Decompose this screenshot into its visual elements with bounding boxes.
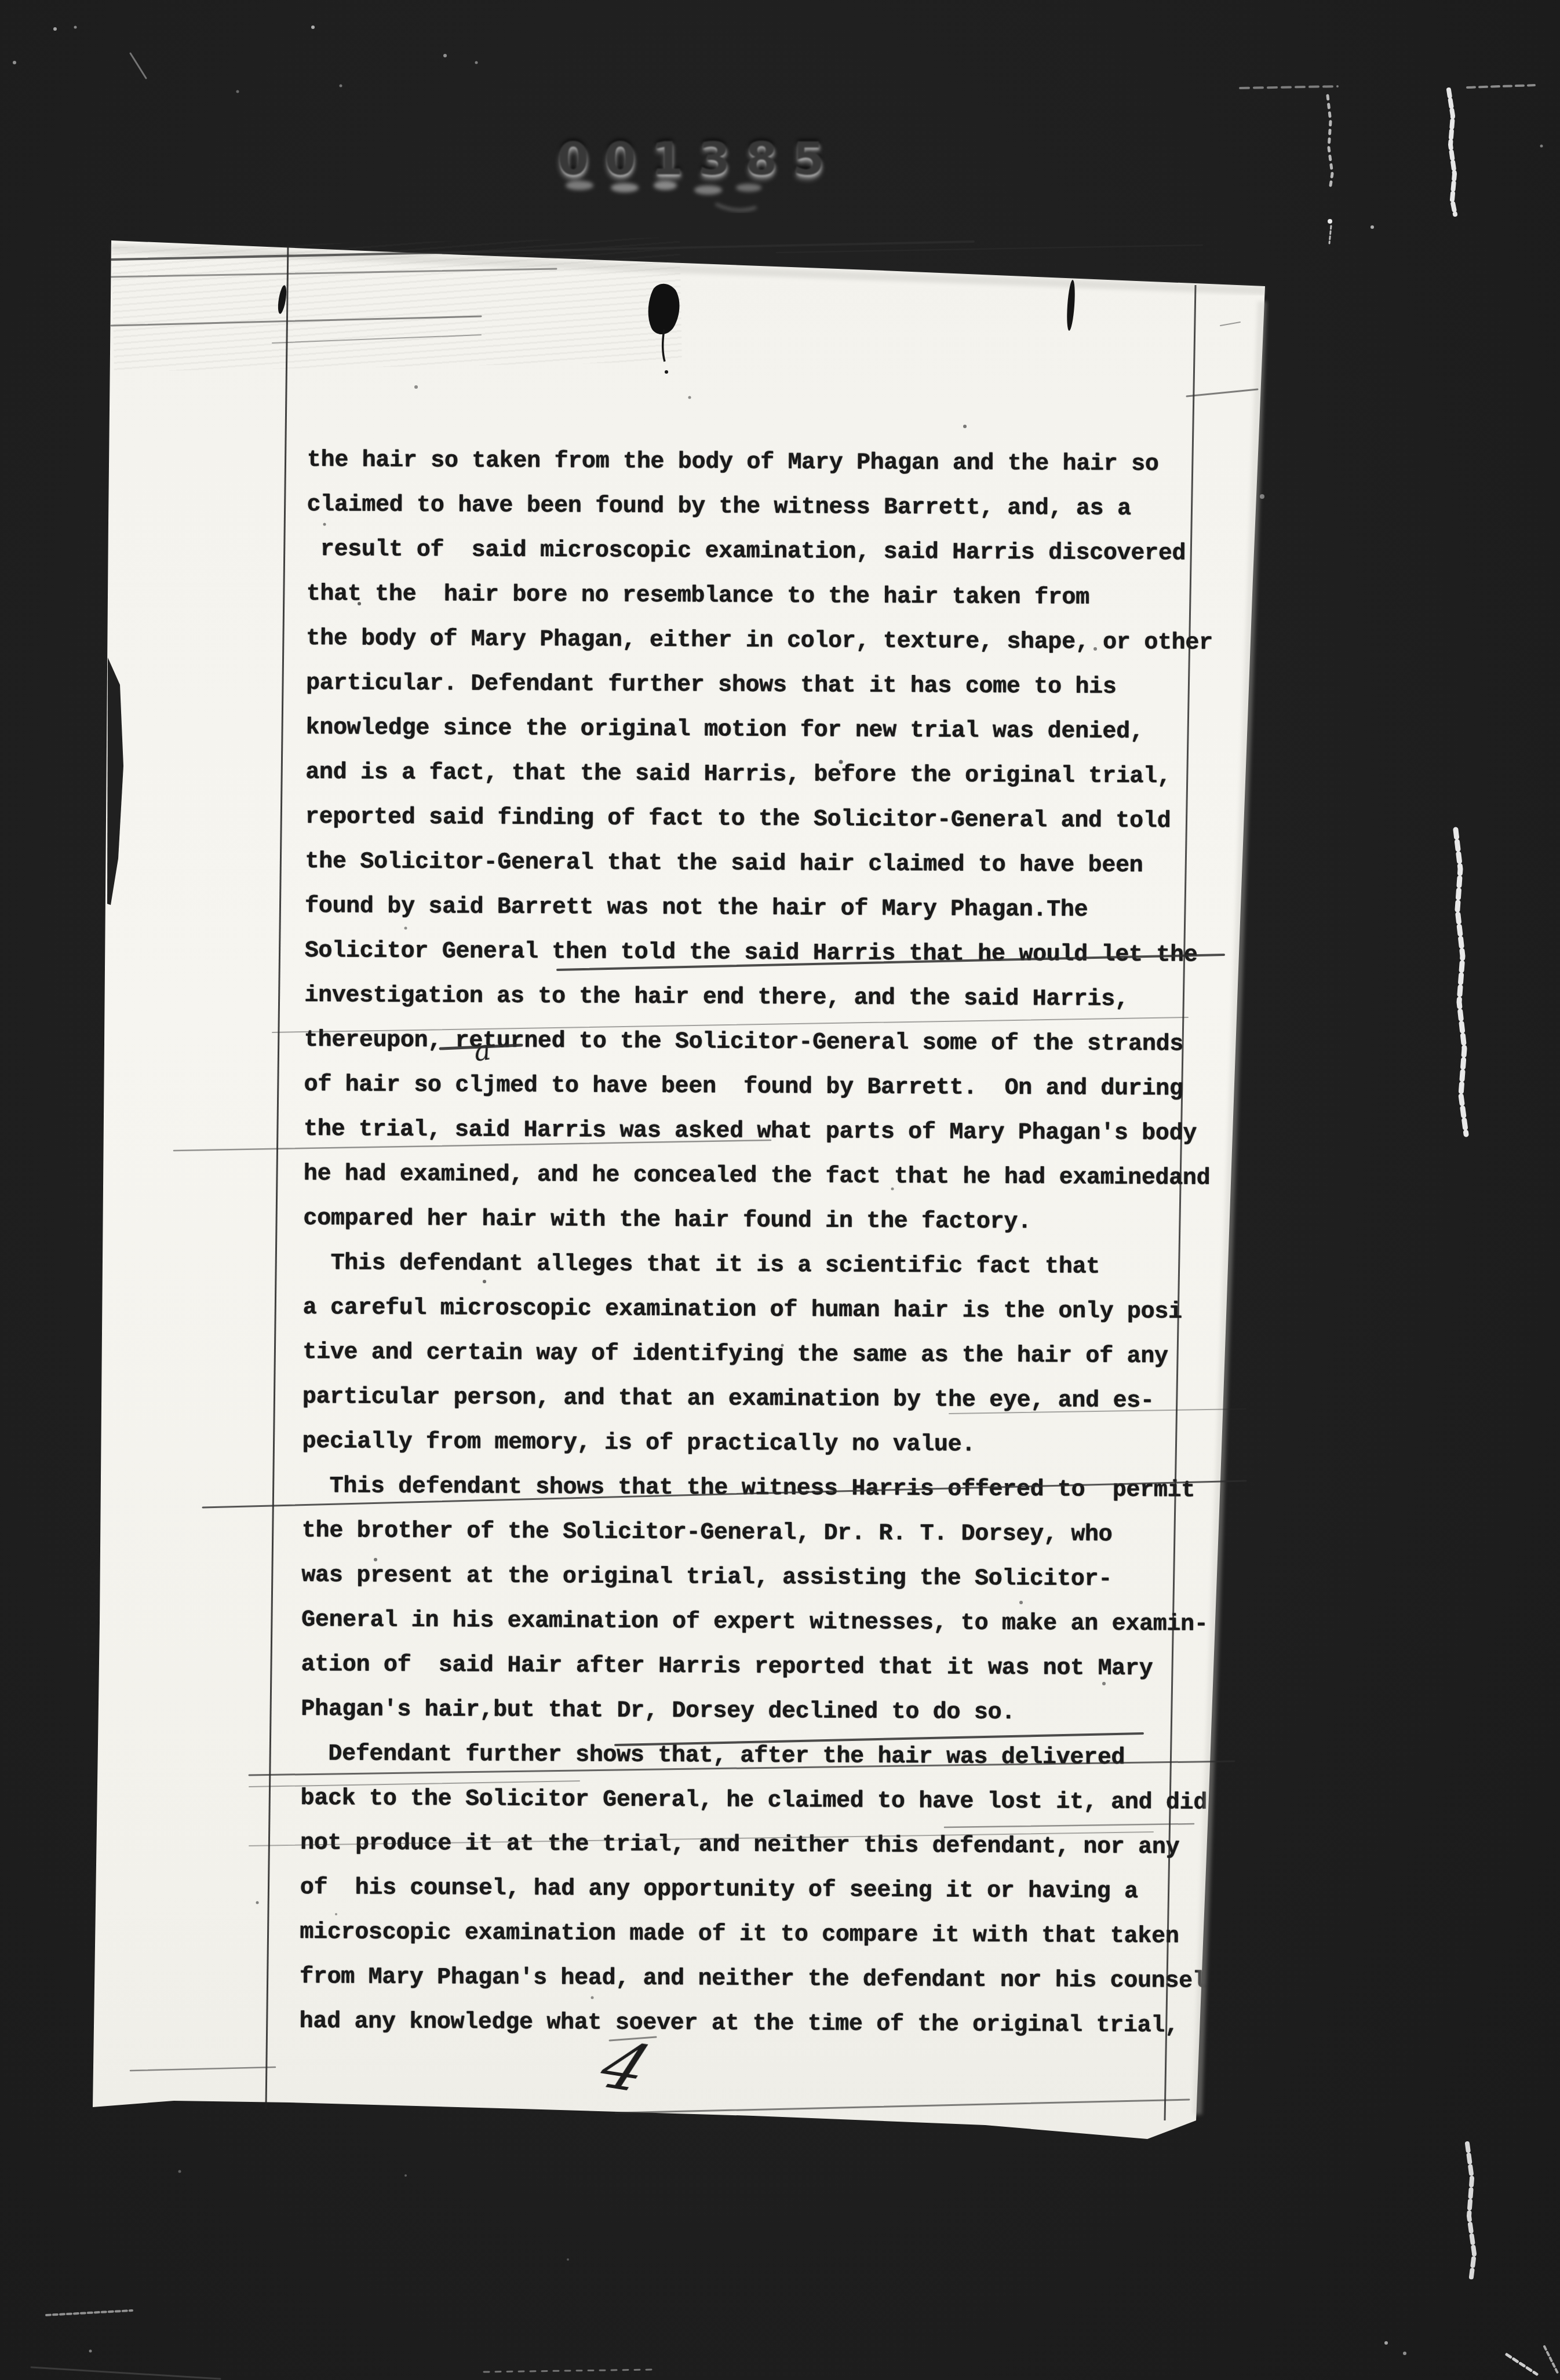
typed-line: reported said finding of fact to the Sol… — [305, 795, 1212, 844]
typed-line: particular person, and that an examinati… — [302, 1375, 1209, 1424]
microfilm-frame: 001385 the hair so taken from the body o… — [0, 0, 1560, 2380]
typed-line: a careful microscopic examination of hum… — [302, 1286, 1209, 1335]
typed-line: ation of said Hair after Harris reported… — [301, 1642, 1208, 1692]
typed-line: This defendant alleges that it is a scie… — [303, 1241, 1210, 1290]
page-top-grain — [112, 237, 682, 371]
typed-line: knowledge since the original motion for … — [305, 706, 1212, 755]
typed-line: from Mary Phagan's head, and neither the… — [300, 1955, 1207, 2004]
typed-line: Defendant further shows that, after the … — [301, 1732, 1208, 1781]
typed-line: the hair so taken from the body of Mary … — [307, 438, 1214, 487]
typed-line: the brother of the Solicitor-General, Dr… — [302, 1509, 1209, 1558]
typed-line: found by said Barrett was not the hair o… — [305, 884, 1212, 933]
typed-line: the Solicitor-General that the said hair… — [305, 839, 1212, 889]
frame-number: 001385 — [557, 133, 840, 185]
typed-line: microscopic examination made of it to co… — [300, 1910, 1207, 1959]
typed-line: tive and certain way of identifying the … — [302, 1330, 1209, 1379]
typed-line: claimed to have been found by the witnes… — [307, 483, 1213, 532]
typed-line: Phagan's hair,but that Dr, Dorsey declin… — [301, 1687, 1208, 1736]
typed-line: thereupon, returned to the Solicitor-Gen… — [304, 1018, 1211, 1067]
typed-line: pecially from memory, is of practically … — [302, 1419, 1209, 1469]
typed-line: the body of Mary Phagan, either in color… — [306, 616, 1213, 666]
typed-line: of his counsel, had any opportunity of s… — [300, 1866, 1207, 1915]
typed-line: result of said microscopic examination, … — [307, 527, 1213, 576]
typed-line: that the hair bore no resemblance to the… — [306, 572, 1213, 621]
typed-line: was present at the original trial, assis… — [301, 1553, 1208, 1603]
typed-text-block: the hair so taken from the body of Mary … — [299, 438, 1213, 2049]
typed-line: he had examined, and he concealed the fa… — [304, 1152, 1211, 1201]
typed-line: and is a fact, that the said Harris, bef… — [305, 750, 1212, 800]
typed-line: Solicitor General then told the said Har… — [304, 929, 1211, 978]
typed-line: investigation as to the hair end there, … — [304, 973, 1211, 1023]
typed-line: had any knowledge what soever at the tim… — [299, 1999, 1206, 2049]
typed-line: of hair so cljmed to have been found by … — [304, 1063, 1211, 1112]
typed-line: compared her hair with the hair found in… — [303, 1196, 1210, 1246]
typed-line: particular. Defendant further shows that… — [306, 661, 1213, 710]
typed-line: the trial, said Harris was asked what pa… — [304, 1107, 1211, 1156]
typed-line: General in his examination of expert wit… — [301, 1598, 1208, 1647]
typed-line: This defendant shows that the witness Ha… — [302, 1464, 1209, 1513]
typed-line: not produce it at the trial, and neither… — [300, 1821, 1207, 1870]
typed-line: back to the Solicitor General, he claime… — [300, 1776, 1207, 1826]
